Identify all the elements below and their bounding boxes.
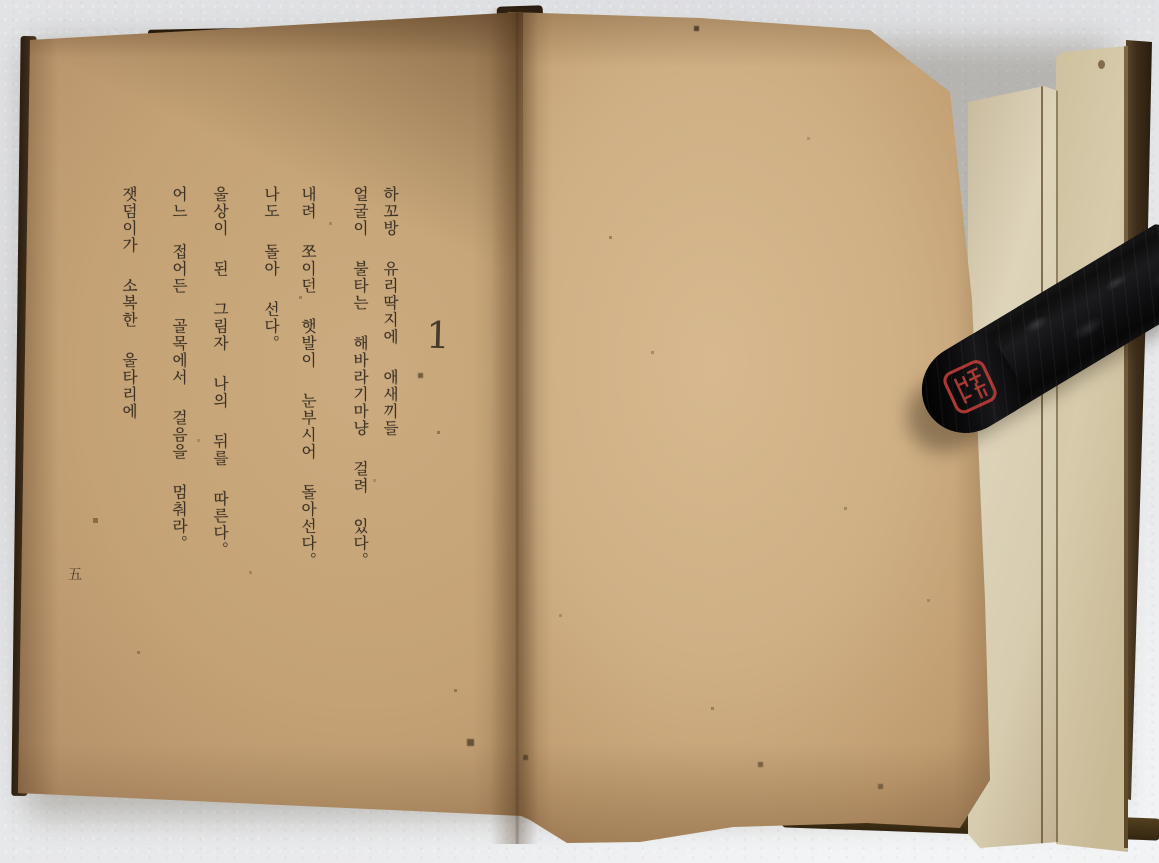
book-page-left-poem: 1 하꼬방 유리딱지에 애새끼들 얼굴이 불타는 해바라기마냥 걸려 있다。 내… <box>18 10 523 816</box>
page-left-shading <box>18 10 523 816</box>
poem-line-2: 얼굴이 불타는 해바라기마냥 걸려 있다。 <box>349 186 371 569</box>
poem-line-6: 어느 접어든 골목에서 걸음을 멈춰라。 <box>168 186 190 552</box>
poem-line-3: 내려 쪼이던 햇발이 눈부시어 돌아선다。 <box>297 186 319 569</box>
folio-page-number: 五 <box>68 564 83 584</box>
book-gutter-shadow <box>490 8 538 844</box>
book-photo-scene: 1 하꼬방 유리딱지에 애새끼들 얼굴이 불타는 해바라기마냥 걸려 있다。 내… <box>0 0 1159 863</box>
poem-line-4: 나도 돌아 선다。 <box>260 186 282 352</box>
poem-line-1: 하꼬방 유리딱지에 애새끼들 <box>379 186 401 437</box>
poem-line-5: 울상이 된 그림자 나의 뒤를 따른다。 <box>209 186 231 559</box>
poem-section-number: 1 <box>417 313 458 357</box>
poem-line-7: 잿덤이가 소복한 울타리에 <box>118 186 140 420</box>
red-seal-stamp-icon <box>939 356 1000 417</box>
flyleaf-sheet-back <box>1056 46 1128 852</box>
